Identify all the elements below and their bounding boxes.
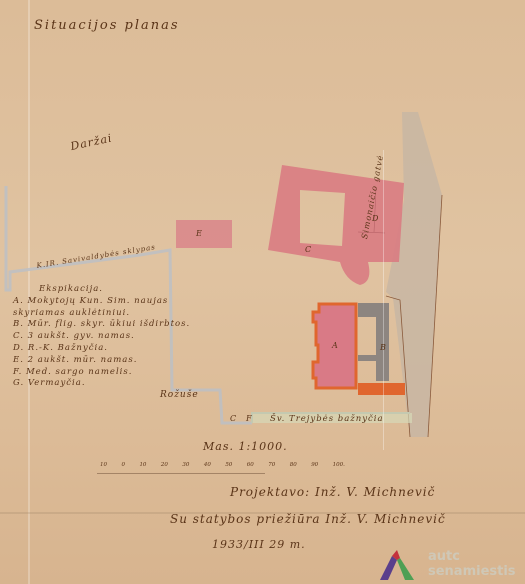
scale-tick: 100. xyxy=(333,462,345,468)
date-text: 1933/III 29 m. xyxy=(212,538,306,551)
scale-tick: 0 xyxy=(121,462,125,468)
watermark: autc senamiestis xyxy=(378,548,525,582)
watermark-logo-icon xyxy=(378,548,418,582)
church-label: Šv. Trejybės bažnyčia xyxy=(270,414,384,424)
scale-tick: 50 xyxy=(225,462,232,468)
legend-item: G. Vermayčia. xyxy=(13,378,190,390)
legend-item: C. 3 aukšt. gyv. namas. xyxy=(13,331,190,343)
watermark-line-1: autc xyxy=(428,549,460,564)
designed-by-signature: Projektavo: Inž. V. Michnevič xyxy=(230,485,435,499)
building-e xyxy=(176,220,232,248)
label-building-c: C xyxy=(305,245,311,254)
scale-ticks: 10 0 10 20 30 40 50 60 70 80 90 100. xyxy=(100,462,345,468)
legend-item: skyriamas auklėtiniui. xyxy=(13,308,190,320)
scale-tick: 10 xyxy=(139,462,146,468)
label-building-b: B xyxy=(380,343,386,352)
label-building-a: A xyxy=(332,341,338,350)
scale-tick: 60 xyxy=(247,462,254,468)
legend-item: D. R.-K. Bažnyčia. xyxy=(13,343,190,355)
watermark-line-2: senamiestis xyxy=(428,564,516,579)
label-building-e: E xyxy=(196,229,202,238)
scale-tick: 30 xyxy=(182,462,189,468)
legend: Ekspikacija. A. Mokytojų Kun. Sim. nauja… xyxy=(13,284,190,390)
fold-line-vertical-2 xyxy=(383,150,384,450)
scale-tick: 10 xyxy=(100,462,107,468)
label-small-f: F xyxy=(246,414,252,423)
scale-tick: 20 xyxy=(161,462,168,468)
legend-item: E. 2 aukšt. mūr. namas. xyxy=(13,355,190,367)
scale-tick: 80 xyxy=(290,462,297,468)
building-b xyxy=(358,303,389,381)
scale-tick: 70 xyxy=(268,462,275,468)
label-small-c: C xyxy=(230,414,236,423)
legend-item: B. Mūr. flig. skyr. ūkiui išdirbtos. xyxy=(13,319,190,331)
legend-heading: Ekspikacija. xyxy=(13,284,190,296)
building-orange-strip xyxy=(358,383,405,395)
scale-title: Mas. 1:1000. xyxy=(203,440,288,453)
legend-item: F. Med. sargo namelis. xyxy=(13,367,190,379)
scale-tick: 40 xyxy=(204,462,211,468)
plan-title: Situacijos planas xyxy=(34,18,180,33)
legend-item: A. Mokytojų Kun. Sim. naujas xyxy=(13,296,190,308)
scale-bar xyxy=(97,473,265,474)
supervision-signature: Su statybos priežiūra Inž. V. Michnevič xyxy=(170,512,446,526)
sidewalk-label: Rožuše xyxy=(160,390,199,400)
scale-tick: 90 xyxy=(311,462,318,468)
